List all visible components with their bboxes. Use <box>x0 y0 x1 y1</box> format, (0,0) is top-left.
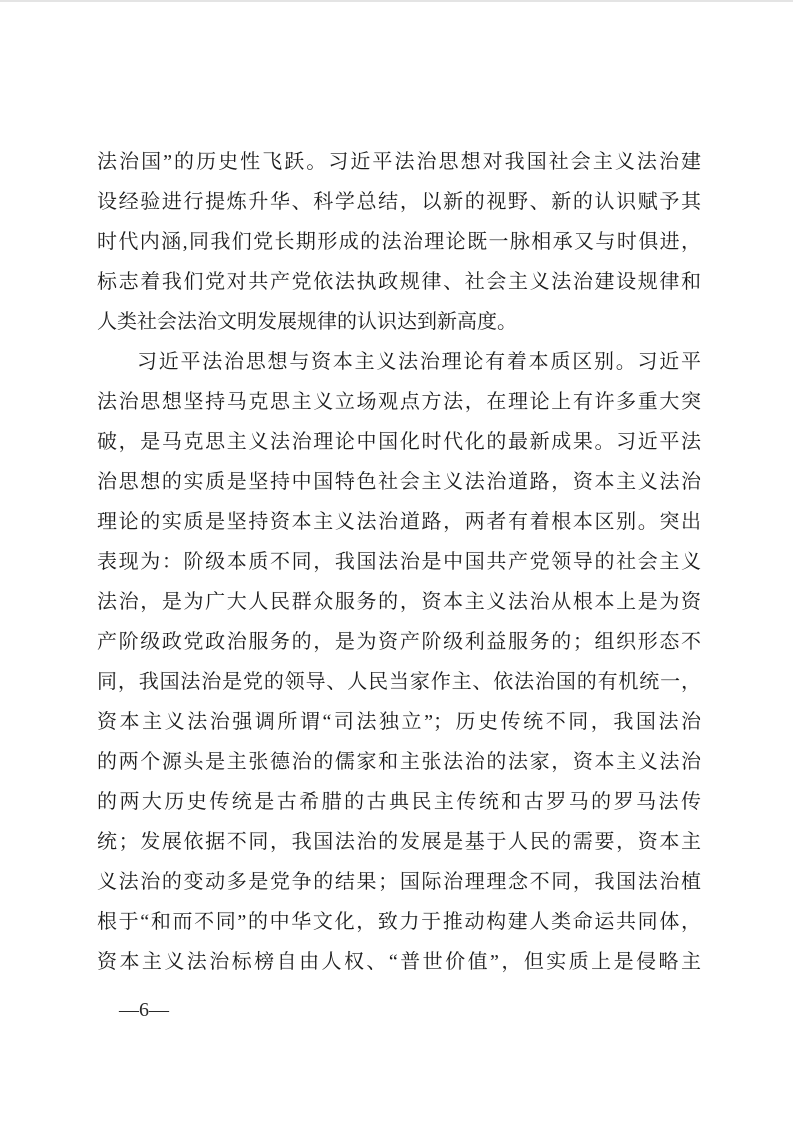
text-line: 法治国”的历史性飞跃。习近平法治思想对我国社会主义法治建 <box>97 142 701 182</box>
text-line: 人类社会法治文明发展规律的认识达到新高度。 <box>97 302 701 342</box>
text-line: 时代内涵,同我们党长期形成的法治理论既一脉相承又与时俱进， <box>97 222 701 262</box>
text-block: 法治国”的历史性飞跃。习近平法治思想对我国社会主义法治建 设经验进行提炼升华、科… <box>97 142 701 982</box>
text-line: 法治，是为广大人民群众服务的，资本主义法治从根本上是为资 <box>97 582 701 622</box>
document-page: 法治国”的历史性飞跃。习近平法治思想对我国社会主义法治建 设经验进行提炼升华、科… <box>0 0 793 1122</box>
text-line: 资本主义法治强调所谓“司法独立”；历史传统不同，我国法治 <box>97 702 701 742</box>
text-line: 统；发展依据不同，我国法治的发展是基于人民的需要，资本主 <box>97 822 701 862</box>
paragraph-1: 法治国”的历史性飞跃。习近平法治思想对我国社会主义法治建 设经验进行提炼升华、科… <box>97 142 701 342</box>
text-line: 理论的实质是坚持资本主义法治道路，两者有着根本区别。突出 <box>97 502 701 542</box>
text-line: 产阶级政党政治服务的，是为资产阶级利益服务的；组织形态不 <box>97 622 701 662</box>
text-line: 根于“和而不同”的中华文化，致力于推动构建人类命运共同体， <box>97 902 701 942</box>
text-line: 表现为：阶级本质不同，我国法治是中国共产党领导的社会主义 <box>97 542 701 582</box>
text-line: 的两个源头是主张德治的儒家和主张法治的法家，资本主义法治 <box>97 742 701 782</box>
paragraph-2: 习近平法治思想与资本主义法治理论有着本质区别。习近平 法治思想坚持马克思主义立场… <box>97 342 701 982</box>
text-line: 设经验进行提炼升华、科学总结，以新的视野、新的认识赋予其 <box>97 182 701 222</box>
text-line: 的两大历史传统是古希腊的古典民主传统和古罗马的罗马法传 <box>97 782 701 822</box>
text-line: 破，是马克思主义法治理论中国化时代化的最新成果。习近平法 <box>97 422 701 462</box>
text-line: 义法治的变动多是党争的结果；国际治理理念不同，我国法治植 <box>97 862 701 902</box>
text-line: 资本主义法治标榜自由人权、“普世价值”，但实质上是侵略主 <box>97 942 701 982</box>
text-line: 法治思想坚持马克思主义立场观点方法，在理论上有许多重大突 <box>97 382 701 422</box>
page-number: —6— <box>119 998 169 1022</box>
text-line: 同，我国法治是党的领导、人民当家作主、依法治国的有机统一， <box>97 662 701 702</box>
text-line: 标志着我们党对共产党依法执政规律、社会主义法治建设规律和 <box>97 262 701 302</box>
scan-edge-artifact <box>0 0 793 2</box>
text-line: 习近平法治思想与资本主义法治理论有着本质区别。习近平 <box>97 342 701 382</box>
text-line: 治思想的实质是坚持中国特色社会主义法治道路，资本主义法治 <box>97 462 701 502</box>
